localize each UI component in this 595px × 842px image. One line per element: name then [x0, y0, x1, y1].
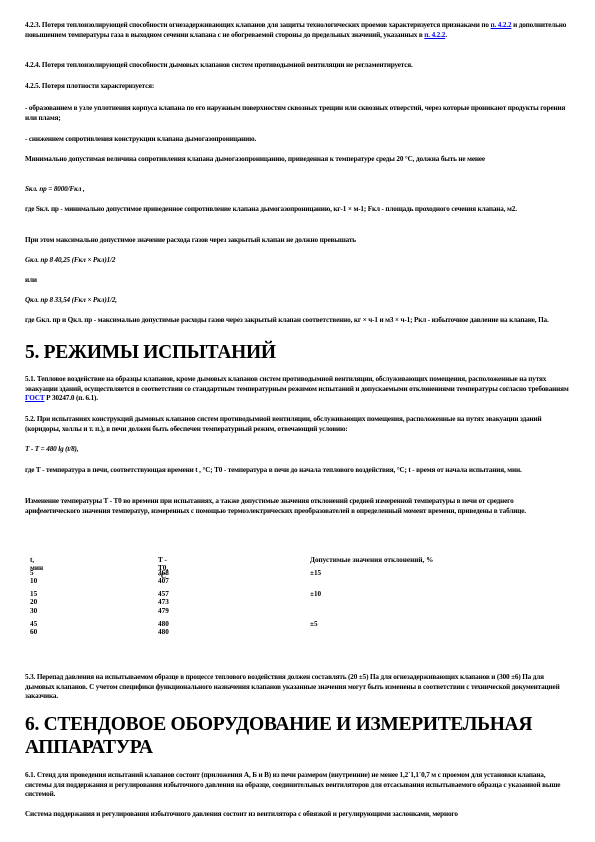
- section-5-heading: 5. РЕЖИМЫ ИСПЫТАНИЙ: [25, 341, 570, 364]
- formula-mass-flow: Gкл. пр 8 40,25 (Fкл × Pкл)1/2: [25, 256, 570, 266]
- formula-volume-flow: Qкл. пр 8 33,54 (Fкл × Pкл)1/2,: [25, 296, 570, 306]
- link-4-2-2[interactable]: п. 4.2.2: [491, 21, 512, 29]
- paragraph-4-2-3: 4.2.3. Потеря теплоизолирующей способнос…: [25, 21, 570, 40]
- formula-temperature: T - T = 480 lg (t/8),: [25, 445, 570, 455]
- paragraph-where-resistance: где Sкл. пр - минимально допустимое прив…: [25, 205, 570, 215]
- link-gost[interactable]: ГОСТ: [25, 394, 44, 402]
- paragraph-temperature-change: Изменение температуры T - T0 во времени …: [25, 497, 570, 516]
- paragraph-4-2-4: 4.2.4. Потеря теплоизолирующей способнос…: [25, 61, 570, 71]
- paragraph-6-2: Система поддержания и регулирования избы…: [25, 810, 570, 820]
- text-or: или: [25, 276, 570, 286]
- paragraph-6-1: 6.1. Стенд для проведения испытаний клап…: [25, 771, 570, 800]
- paragraph-min-resistance: Минимально допустимая величина сопротивл…: [25, 155, 570, 165]
- section-6-heading: 6. СТЕНДОВОЕ ОБОРУДОВАНИЕ И ИЗМЕРИТЕЛЬНА…: [25, 713, 570, 759]
- bullet-cracks: - образованием в узле уплотнения корпуса…: [25, 104, 570, 123]
- paragraph-where-temperature: где T - температура в печи, соответствую…: [25, 466, 570, 476]
- bullet-resistance: - снижением сопротивления конструкции кл…: [25, 135, 570, 145]
- paragraph-where-flow: где Gкл. пр и Qкл. пр - максимально допу…: [25, 316, 570, 326]
- formula-resistance: Sкл. пр = 8000/Fкл ,: [25, 185, 570, 195]
- link-4-2-2-second[interactable]: п. 4.2.2: [424, 31, 445, 39]
- paragraph-5-2: 5.2. При испытаниях конструкций дымовых …: [25, 415, 570, 434]
- paragraph-max-flow: При этом максимально допустимое значение…: [25, 236, 570, 246]
- paragraph-5-1: 5.1. Тепловое воздействие на образцы кла…: [25, 375, 570, 404]
- paragraph-4-2-5: 4.2.5. Потеря плотности характеризуется:: [25, 82, 570, 92]
- paragraph-5-3: 5.3. Перепад давления на испытываемом об…: [25, 673, 570, 702]
